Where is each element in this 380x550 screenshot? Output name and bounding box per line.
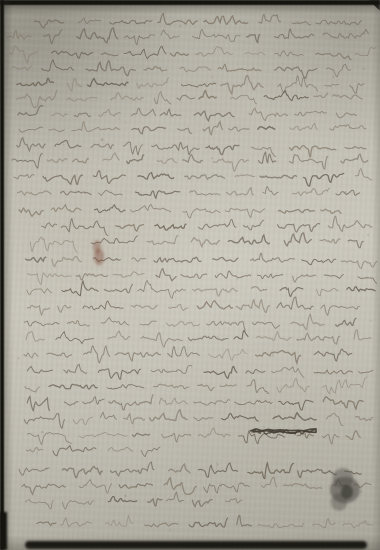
scan-edge-left: [0, 0, 4, 550]
bottom-shadow: [0, 535, 380, 550]
scan-edge-top: [0, 0, 380, 5]
handwriting-lines: [7, 13, 377, 527]
manuscript-scan: Scanned handwritten manuscript letter pa…: [0, 0, 380, 550]
right-shadow: [372, 0, 380, 550]
handwriting-layer: [0, 0, 380, 550]
scan-corner-bottom-left: [0, 512, 7, 550]
